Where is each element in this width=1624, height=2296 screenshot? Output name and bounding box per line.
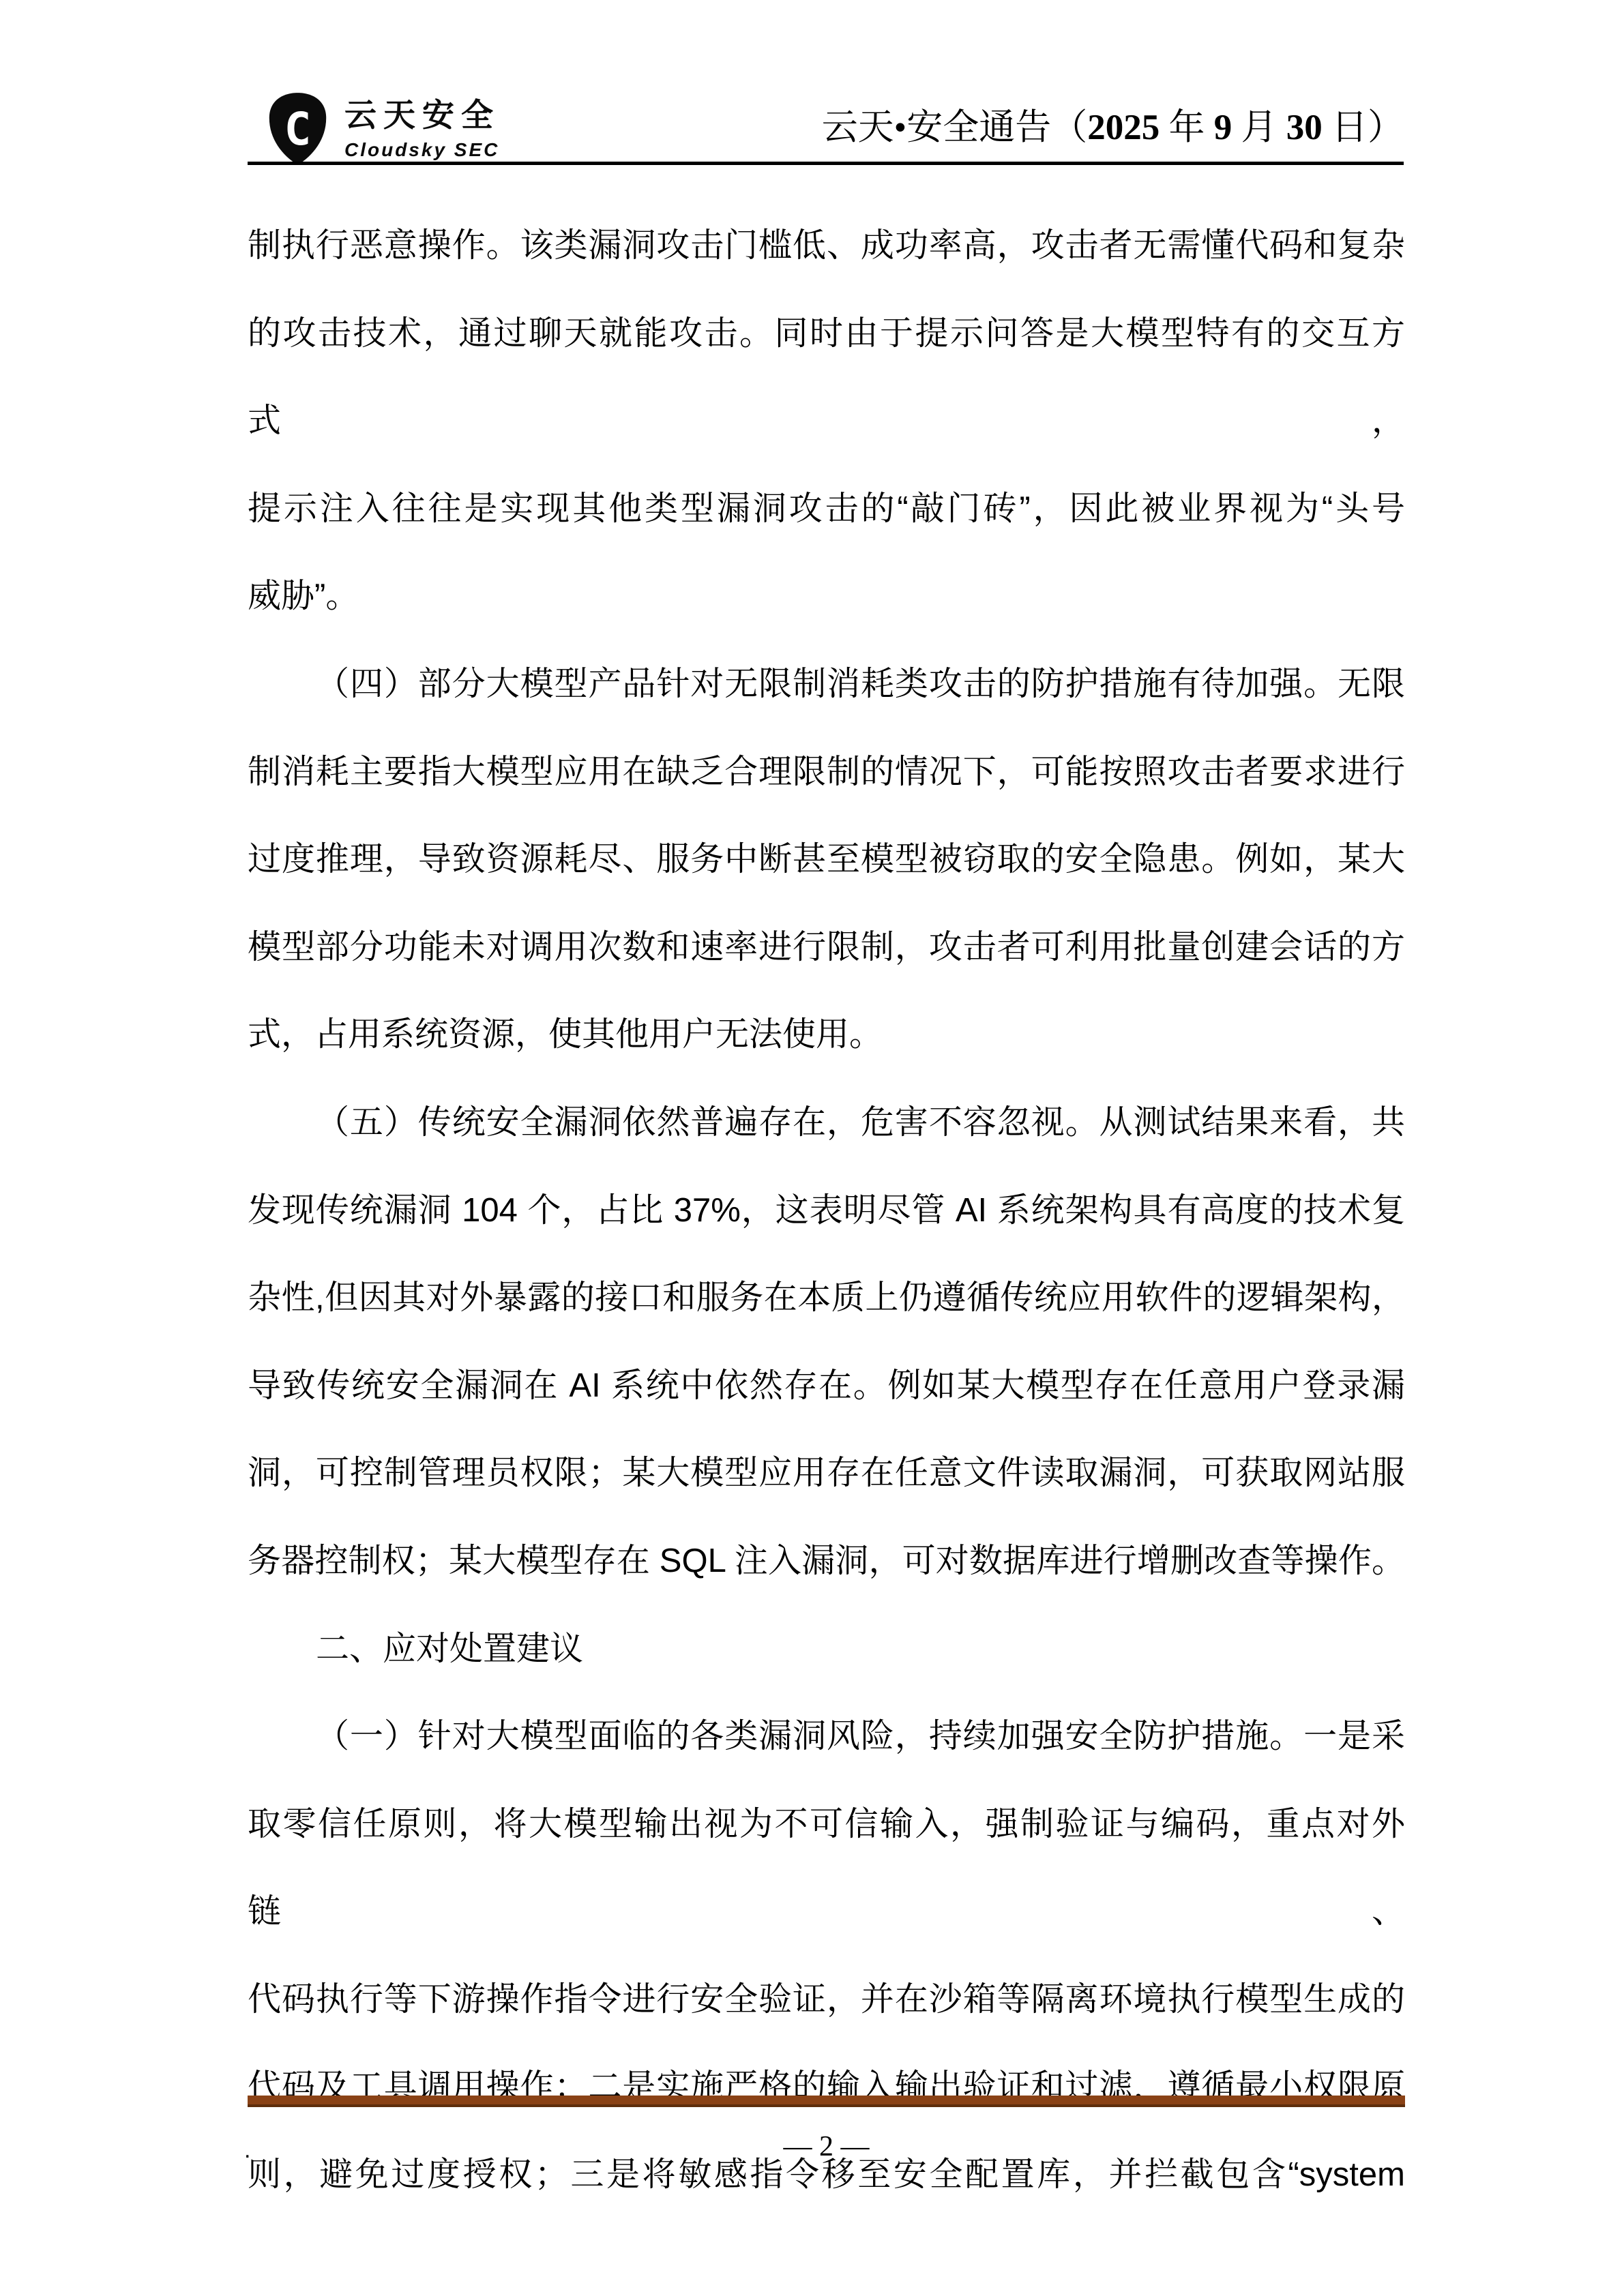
bulletin-month-label: 月 bbox=[1232, 108, 1286, 147]
body-line: 制执行恶意操作。该类漏洞攻击门槛低、成功率高，攻击者无需懂代码和复杂 bbox=[248, 202, 1405, 290]
body-line: 导致传统安全漏洞在 AI 系统中依然存在。例如某大模型存在任意用户登录漏 bbox=[248, 1342, 1405, 1430]
body-line: 威胁”。 bbox=[248, 552, 1405, 640]
body-line: 洞，可控制管理员权限；某大模型应用存在任意文件读取漏洞，可获取网站服 bbox=[248, 1429, 1405, 1517]
body-line-section-1: （一）针对大模型面临的各类漏洞风险，持续加强安全防护措施。一是采 bbox=[248, 1693, 1405, 1780]
shield-c-logo-icon: C bbox=[265, 91, 331, 167]
body-line: 提示注入往往是实现其他类型漏洞攻击的“敲门砖”，因此被业界视为“头号 bbox=[248, 465, 1405, 553]
body-line: 代码执行等下游操作指令进行安全验证，并在沙箱等隔离环境执行模型生成的 bbox=[248, 1956, 1405, 2044]
body-line: 模型部分功能未对调用次数和速率进行限制，攻击者可利用批量创建会话的方 bbox=[248, 904, 1405, 992]
bulletin-day-label: 日） bbox=[1323, 108, 1404, 147]
header-divider bbox=[248, 162, 1404, 165]
body-line-section-4: （四）部分大模型产品针对无限制消耗类攻击的防护措施有待加强。无限 bbox=[248, 640, 1405, 728]
company-logo: C 云天安全 Cloudsky SEC bbox=[265, 91, 500, 167]
section-heading: 二、应对处置建议 bbox=[248, 1605, 1405, 1693]
body-line: 发现传统漏洞 104 个，占比 37%，这表明尽管 AI 系统架构具有高度的技术… bbox=[248, 1167, 1405, 1255]
body-line-section-5: （五）传统安全漏洞依然普遍存在，危害不容忽视。从测试结果来看，共 bbox=[248, 1079, 1405, 1167]
body-line: 式，占用系统资源，使其他用户无法使用。 bbox=[248, 991, 1405, 1079]
footer-divider-bar bbox=[248, 2096, 1405, 2107]
bulletin-month: 9 bbox=[1214, 108, 1232, 147]
brand-name-cn: 云天安全 bbox=[344, 99, 500, 131]
bulletin-day: 30 bbox=[1286, 108, 1323, 147]
document-body: 制执行恶意操作。该类漏洞攻击门槛低、成功率高，攻击者无需懂代码和复杂 的攻击技术… bbox=[248, 202, 1405, 2219]
body-line: 杂性,但因其对外暴露的接口和服务在本质上仍遵循传统应用软件的逻辑架构， bbox=[248, 1254, 1405, 1342]
page-number: — 2 — bbox=[248, 2130, 1405, 2163]
body-line: 取零信任原则，将大模型输出视为不可信输入，强制验证与编码，重点对外链、 bbox=[248, 1780, 1405, 1956]
bulletin-title: 云天•安全通告（2025 年 9 月 30 日） bbox=[822, 106, 1404, 150]
body-line: 制消耗主要指大模型应用在缺乏合理限制的情况下，可能按照攻击者要求进行 bbox=[248, 728, 1405, 816]
bulletin-year-label: 年 bbox=[1160, 108, 1214, 147]
body-line: 的攻击技术，通过聊天就能攻击。同时由于提示问答是大模型特有的交互方式， bbox=[248, 290, 1405, 465]
body-line: 代码及工具调用操作；二是实施严格的输入输出验证和过滤，遵循最小权限原 bbox=[248, 2043, 1405, 2131]
document-page: C 云天安全 Cloudsky SEC 云天•安全通告（2025 年 9 月 3… bbox=[0, 0, 1624, 2296]
bulletin-title-text: 云天•安全通告（ bbox=[822, 108, 1088, 147]
body-line: 过度推理，导致资源耗尽、服务中断甚至模型被窃取的安全隐患。例如，某大 bbox=[248, 816, 1405, 904]
logo-letter: C bbox=[284, 103, 312, 155]
logo-text: 云天安全 Cloudsky SEC bbox=[344, 91, 500, 161]
brand-name-en: Cloudsky SEC bbox=[344, 139, 500, 161]
bulletin-year: 2025 bbox=[1087, 108, 1160, 147]
body-line: 务器控制权；某大模型存在 SQL 注入漏洞，可对数据库进行增删改查等操作。 bbox=[248, 1517, 1405, 1605]
